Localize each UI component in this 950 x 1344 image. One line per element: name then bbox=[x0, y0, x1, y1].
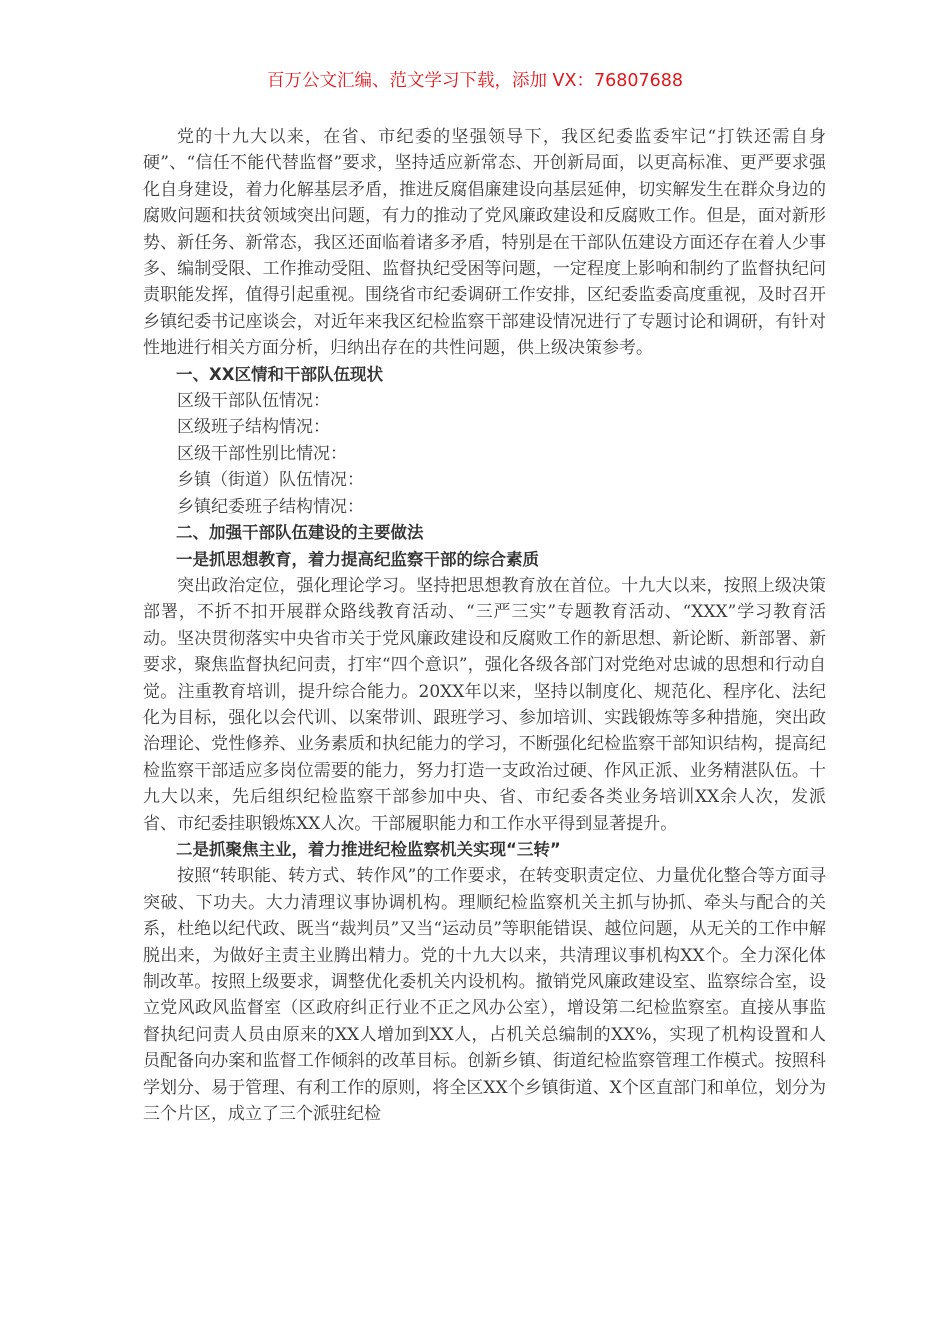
section-2-heading: 二、加强干部队伍建设的主要做法 bbox=[143, 520, 826, 546]
watermark-banner: 百万公文汇编、范文学习下载，添加 VX：76807688 bbox=[0, 66, 950, 96]
subsection-2-heading: 二是抓聚焦主业，着力推进纪检监察机关实现“三转” bbox=[143, 837, 826, 863]
intro-paragraph: 党的十九大以来，在省、市纪委的坚强领导下，我区纪委监委牢记“打铁还需自身硬”、“… bbox=[143, 124, 826, 362]
section-1-item: 区级干部队伍情况： bbox=[143, 388, 826, 414]
section-1-heading: 一、XX区情和干部队伍现状 bbox=[143, 362, 826, 388]
subsection-1-body: 突出政治定位，强化理论学习。坚持把思想教育放在首位。十九大以来，按照上级决策部署… bbox=[143, 573, 826, 837]
subsection-1-heading: 一是抓思想教育，着力提高纪监察干部的综合素质 bbox=[143, 547, 826, 573]
section-1-item: 区级干部性别比情况： bbox=[143, 441, 826, 467]
document-body: 党的十九大以来，在省、市纪委的坚强领导下，我区纪委监委牢记“打铁还需自身硬”、“… bbox=[143, 124, 826, 1127]
section-1-item: 乡镇纪委班子结构情况： bbox=[143, 494, 826, 520]
document-page: 百万公文汇编、范文学习下载，添加 VX：76807688 党的十九大以来，在省、… bbox=[0, 0, 950, 1344]
section-1-item: 乡镇（街道）队伍情况： bbox=[143, 467, 826, 493]
section-1-item: 区级班子结构情况： bbox=[143, 414, 826, 440]
subsection-2-body: 按照“转职能、转方式、转作风”的工作要求，在转变职责定位、力量优化整合等方面寻突… bbox=[143, 863, 826, 1127]
